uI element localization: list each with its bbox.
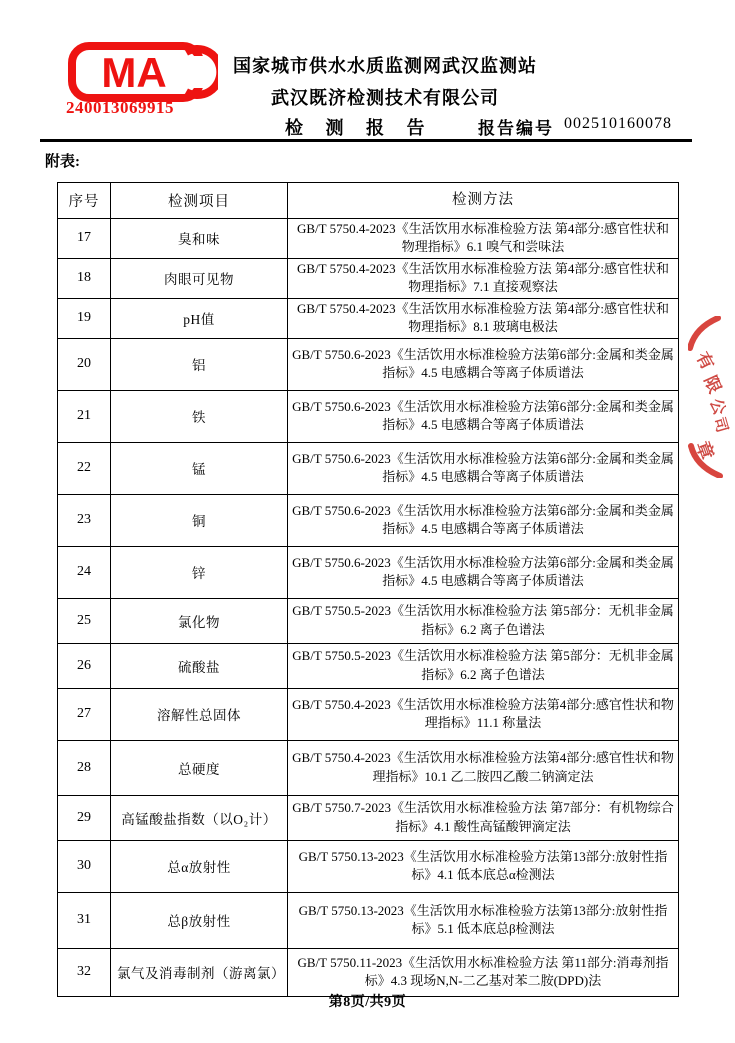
row-method: GB/T 5750.11-2023《生活饮用水标准检验方法 第11部分:消毒剂指… [288,948,679,996]
row-item: 总α放射性 [111,840,288,892]
table-row: 27 溶解性总固体 GB/T 5750.4-2023《生活饮用水标准检验方法第4… [58,688,679,740]
row-no: 21 [58,390,111,442]
row-no: 25 [58,598,111,643]
table-row: 20 铝 GB/T 5750.6-2023《生活饮用水标准检验方法第6部分:金属… [58,338,679,390]
row-no: 19 [58,298,111,338]
table-row: 30 总α放射性 GB/T 5750.13-2023《生活饮用水标准检验方法第1… [58,840,679,892]
report-title: 检 测 报 告 [285,114,434,140]
row-item: 锌 [111,546,288,598]
row-no: 22 [58,442,111,494]
row-method: GB/T 5750.6-2023《生活饮用水标准检验方法第6部分:金属和类金属指… [288,546,679,598]
row-item: 硫酸盐 [111,643,288,688]
table-row: 17 臭和味 GB/T 5750.4-2023《生活饮用水标准检验方法 第4部分… [58,219,679,259]
row-item: 肉眼可见物 [111,258,288,298]
org-name-line2: 武汉既济检测技术有限公司 [205,84,565,110]
row-no: 20 [58,338,111,390]
row-item: 铁 [111,390,288,442]
row-item: 溶解性总固体 [111,688,288,740]
row-item: 氯气及消毒制剂（游离氯） [111,948,288,996]
row-no: 17 [58,219,111,259]
row-method: GB/T 5750.7-2023《生活饮用水标准检验方法 第7部分：有机物综合指… [288,795,679,840]
row-item: 铜 [111,494,288,546]
col-header-no: 序号 [58,183,111,219]
row-method: GB/T 5750.6-2023《生活饮用水标准检验方法第6部分:金属和类金属指… [288,442,679,494]
table-row: 18 肉眼可见物 GB/T 5750.4-2023《生活饮用水标准检验方法 第4… [58,258,679,298]
row-method: GB/T 5750.6-2023《生活饮用水标准检验方法第6部分:金属和类金属指… [288,338,679,390]
header-divider [40,139,692,142]
row-no: 32 [58,948,111,996]
row-method: GB/T 5750.5-2023《生活饮用水标准检验方法 第5部分：无机非金属指… [288,643,679,688]
report-page: { "accent_red": "#ee1311", "header": { "… [0,0,735,1043]
table-row: 22 锰 GB/T 5750.6-2023《生活饮用水标准检验方法第6部分:金属… [58,442,679,494]
row-no: 28 [58,740,111,795]
row-method: GB/T 5750.4-2023《生活饮用水标准检验方法 第4部分:感官性状和物… [288,298,679,338]
report-title-row: 检 测 报 告 报告编号 002510160078 [40,114,692,136]
row-item: 总硬度 [111,740,288,795]
row-no: 27 [58,688,111,740]
table-row: 31 总β放射性 GB/T 5750.13-2023《生活饮用水标准检验方法第1… [58,892,679,948]
table-row: 21 铁 GB/T 5750.6-2023《生活饮用水标准检验方法第6部分:金属… [58,390,679,442]
row-item: 氯化物 [111,598,288,643]
row-item: 臭和味 [111,219,288,259]
row-no: 26 [58,643,111,688]
table-row: 24 锌 GB/T 5750.6-2023《生活饮用水标准检验方法第6部分:金属… [58,546,679,598]
row-no: 29 [58,795,111,840]
table-row: 23 铜 GB/T 5750.6-2023《生活饮用水标准检验方法第6部分:金属… [58,494,679,546]
table-row: 26 硫酸盐 GB/T 5750.5-2023《生活饮用水标准检验方法 第5部分… [58,643,679,688]
row-method: GB/T 5750.4-2023《生活饮用水标准检验方法第4部分:感官性状和物理… [288,740,679,795]
cma-mark-icon: MA [68,42,218,102]
row-method: GB/T 5750.4-2023《生活饮用水标准检验方法第4部分:感官性状和物理… [288,688,679,740]
org-name-line1: 国家城市供水水质监测网武汉监测站 [205,52,565,78]
row-no: 23 [58,494,111,546]
svg-text:MA: MA [101,49,166,96]
table-row: 25 氯化物 GB/T 5750.5-2023《生活饮用水标准检验方法 第5部分… [58,598,679,643]
row-method: GB/T 5750.13-2023《生活饮用水标准检验方法第13部分:放射性指标… [288,892,679,948]
row-method: GB/T 5750.6-2023《生活饮用水标准检验方法第6部分:金属和类金属指… [288,494,679,546]
report-number-value: 002510160078 [564,115,672,133]
table-row: 19 pH值 GB/T 5750.4-2023《生活饮用水标准检验方法 第4部分… [58,298,679,338]
appendix-label: 附表: [45,150,80,171]
row-item: pH值 [111,298,288,338]
col-header-method: 检测方法 [288,183,679,219]
page-number: 第8页/共9页 [0,991,735,1011]
row-method: GB/T 5750.5-2023《生活饮用水标准检验方法 第5部分：无机非金属指… [288,598,679,643]
row-item: 锰 [111,442,288,494]
report-number-label: 报告编号 [478,114,554,139]
row-item: 铝 [111,338,288,390]
row-no: 18 [58,258,111,298]
org-names: 国家城市供水水质监测网武汉监测站 武汉既济检测技术有限公司 [205,52,565,110]
row-no: 30 [58,840,111,892]
company-seal-stamp: 有 限 公 司 章 [688,316,735,478]
seal-arc-icon: 有 限 公 司 章 [688,316,735,478]
table-row: 29 高锰酸盐指数（以O₂计） GB/T 5750.7-2023《生活饮用水标准… [58,795,679,840]
row-method: GB/T 5750.6-2023《生活饮用水标准检验方法第6部分:金属和类金属指… [288,390,679,442]
svg-text:限: 限 [700,373,724,396]
table-row: 32 氯气及消毒制剂（游离氯） GB/T 5750.11-2023《生活饮用水标… [58,948,679,996]
row-method: GB/T 5750.4-2023《生活饮用水标准检验方法 第4部分:感官性状和物… [288,258,679,298]
svg-text:有: 有 [692,348,718,372]
row-method: GB/T 5750.4-2023《生活饮用水标准检验方法 第4部分:感官性状和物… [288,219,679,259]
row-no: 31 [58,892,111,948]
row-no: 24 [58,546,111,598]
table-header-row: 序号 检测项目 检测方法 [58,183,679,219]
row-item: 总β放射性 [111,892,288,948]
row-method: GB/T 5750.13-2023《生活饮用水标准检验方法第13部分:放射性指标… [288,840,679,892]
row-item: 高锰酸盐指数（以O₂计） [111,795,288,840]
svg-text:司: 司 [710,415,731,434]
table-row: 28 总硬度 GB/T 5750.4-2023《生活饮用水标准检验方法第4部分:… [58,740,679,795]
col-header-item: 检测项目 [111,183,288,219]
test-method-table: 序号 检测项目 检测方法 17 臭和味 GB/T 5750.4-2023《生活饮… [57,182,679,997]
